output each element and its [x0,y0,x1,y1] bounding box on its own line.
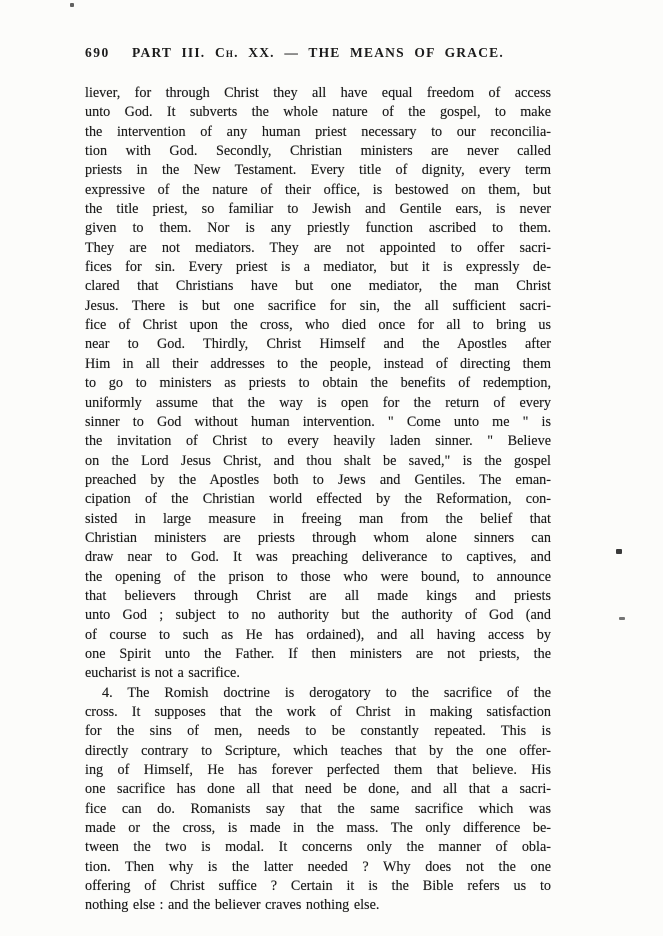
text-line: sinner to God without human intervention… [85,413,551,432]
header-book-title: THE MEANS OF GRACE. [308,45,504,60]
text-line: the intervention of any human priest nec… [85,123,551,142]
text-line: tween the two is modal. It concerns only… [85,838,551,857]
text-line: that believers through Christ are all ma… [85,587,551,606]
text-line: draw near to God. It was preaching deliv… [85,548,551,567]
text-line: They are not mediators. They are not app… [85,239,551,258]
text-line: on the Lord Jesus Christ, and thou shalt… [85,452,551,471]
text-block: liever, for through Christ they all have… [85,84,551,916]
text-line: tion with God. Secondly, Christian minis… [85,142,551,161]
text-line: uniformly assume that the way is open fo… [85,394,551,413]
text-line: the invitation of Christ to every heavil… [85,432,551,451]
text-line: made or the cross, is made in the mass. … [85,819,551,838]
text-line: liever, for through Christ they all have… [85,84,551,103]
text-line: directly contrary to Scripture, which te… [85,742,551,761]
header-chapter: Ch. XX. [215,45,275,60]
text-line: Him in all their addresses to the people… [85,355,551,374]
scan-speck [619,617,625,620]
text-line: sisted in large measure in freeing man f… [85,510,551,529]
text-line: 4. The Romish doctrine is derogatory to … [85,684,551,703]
header-separator: — [284,45,299,60]
text-line: clared that Christians have but one medi… [85,277,551,296]
text-line: fices for sin. Every priest is a mediato… [85,258,551,277]
scan-speck [70,3,74,7]
text-line: fice of Christ upon the cross, who died … [85,316,551,335]
text-line: for the sins of men, needs to be constan… [85,722,551,741]
text-line: the title priest, so familiar to Jewish … [85,200,551,219]
text-line: near to God. Thirdly, Christ Himself and… [85,335,551,354]
text-line: offering of Christ suffice ? Certain it … [85,877,551,896]
text-line: priests in the New Testament. Every titl… [85,161,551,180]
text-line: expressive of the nature of their office… [85,181,551,200]
text-line: cipation of the Christian world effected… [85,490,551,509]
text-line: given to them. Nor is any priestly funct… [85,219,551,238]
text-line: Christian ministers are priests through … [85,529,551,548]
running-header: 690 PART III. Ch. XX. — THE MEANS OF GRA… [85,45,551,63]
text-line: nothing else : and the believer craves n… [85,896,551,915]
text-line: one Spirit unto the Father. If then mini… [85,645,551,664]
scan-speck [616,549,622,554]
page-number: 690 [85,45,110,61]
text-line: unto God. It subverts the whole nature o… [85,103,551,122]
text-line: preached by the Apostles both to Jews an… [85,471,551,490]
text-line: of course to such as He has ordained), a… [85,626,551,645]
text-line: eucharist is not a sacrifice. [85,664,551,683]
header-part: PART III. [132,45,205,60]
text-line: Jesus. There is but one sacrifice for si… [85,297,551,316]
text-line: tion. Then why is the latter needed ? Wh… [85,858,551,877]
text-line: ing of Himself, He has forever perfected… [85,761,551,780]
book-page: 690 PART III. Ch. XX. — THE MEANS OF GRA… [0,0,663,936]
text-line: unto God ; subject to no authority but t… [85,606,551,625]
text-line: cross. It supposes that the work of Chri… [85,703,551,722]
text-line: fice can do. Romanists say that the same… [85,800,551,819]
header-title: PART III. Ch. XX. — THE MEANS OF GRACE. [85,45,551,61]
text-line: one sacrifice has done all that need be … [85,780,551,799]
text-line: the opening of the prison to those who w… [85,568,551,587]
text-line: to go to ministers as priests to obtain … [85,374,551,393]
